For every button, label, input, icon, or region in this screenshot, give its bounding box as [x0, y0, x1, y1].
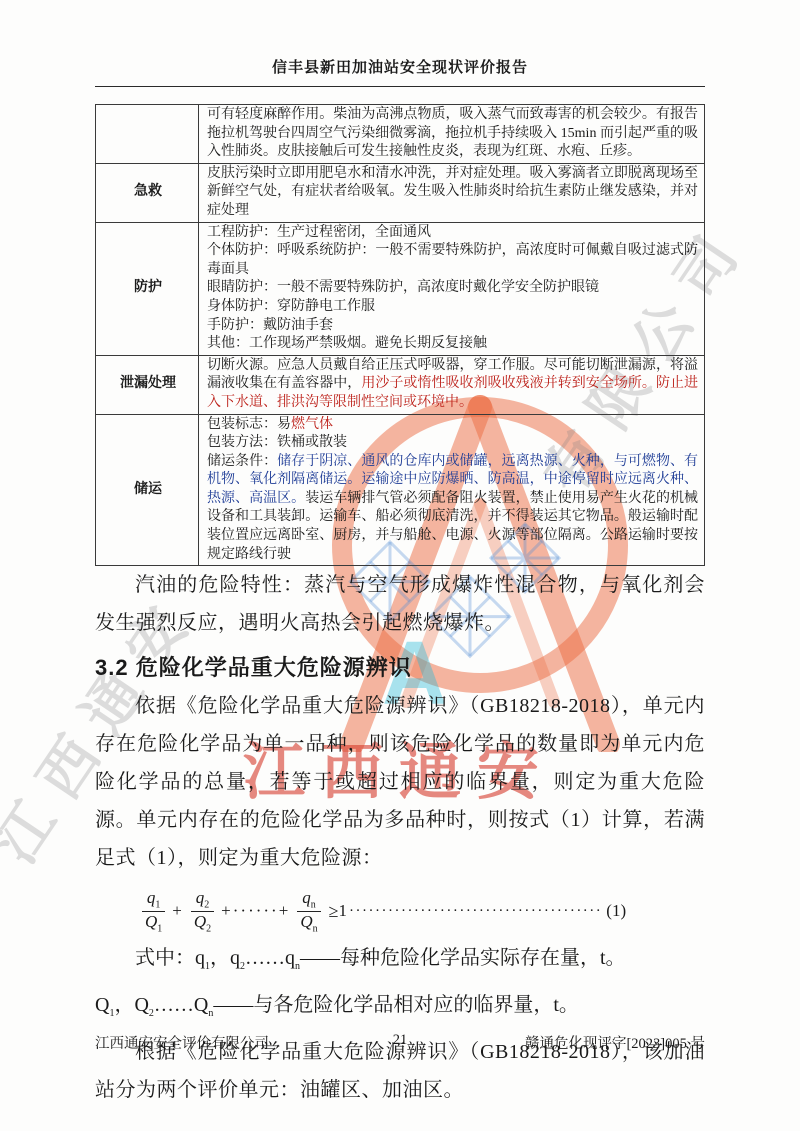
- table-row: 急救皮肤污染时立即用肥皂水和清水冲洗，并对症处理。吸入雾滴者立即脱离现场至新鲜空…: [96, 163, 705, 222]
- table-row: 储运包装标志：易燃气体 包装方法：铁桶或散装 储运条件：储存于阴凉、通风的仓库内…: [96, 414, 705, 566]
- document-page: A 江西通安 江西通安 有限公司 信丰县新田加油站安全现状评价报告 可有轻度麻醉…: [0, 0, 800, 1131]
- geq-symbol: ≥: [329, 901, 339, 922]
- formula-explanation-line-2: Q1，Q2……Qn——与各危险化学品相对应的临界量，t。: [95, 986, 705, 1033]
- footer-page-number: 21: [393, 1032, 408, 1049]
- row-label: 泄漏处理: [96, 355, 199, 414]
- ellipsis-plus-operator: +······+: [221, 901, 290, 921]
- table-row: 泄漏处理切断火源。应急人员戴自给正压式呼吸器，穿工作服。尽可能切断泄漏源，将溢漏…: [96, 355, 705, 414]
- page-header-title: 信丰县新田加油站安全现状评价报告: [95, 56, 705, 77]
- footer-company-name: 江西通安安全评价有限公司: [95, 1032, 269, 1053]
- row-content: 包装标志：易燃气体 包装方法：铁桶或散装 储运条件：储存于阴凉、通风的仓库内或储…: [199, 414, 705, 566]
- fraction-term-2: q2 Q2: [191, 888, 214, 935]
- formula-explanation-line-1: 式中：q1，q2……qn——每种危险化学品实际存在量，t。: [95, 939, 705, 986]
- text-segment: 皮肤污染时立即用肥皂水和清水冲洗，并对症处理。吸入雾滴者立即脱离现场至新鲜空气处…: [207, 166, 698, 218]
- paragraph-gasoline-hazard: 汽油的危险特性：蒸汽与空气形成爆炸性混合物，与氧化剂会发生强烈反应，遇明火高热会…: [95, 566, 705, 642]
- msds-table: 可有轻度麻醉作用。柴油为高沸点物质，吸入蒸气而致毒害的机会较少。有报告拖拉机驾驶…: [95, 104, 705, 566]
- fraction-term-n: qn Qn: [297, 888, 320, 935]
- header-rule: [95, 86, 705, 87]
- footer-document-number: 赣通危化现评字[2023]005 号: [525, 1032, 705, 1053]
- page-footer: 江西通安安全评价有限公司 21 赣通危化现评字[2023]005 号: [95, 1032, 705, 1053]
- table-row: 可有轻度麻醉作用。柴油为高沸点物质，吸入蒸气而致毒害的机会较少。有报告拖拉机驾驶…: [96, 105, 705, 164]
- fraction-term-1: q1 Q1: [142, 888, 165, 935]
- text-segment: 工程防护：生产过程密闭，全面通风 个体防护：呼吸系统防护：一般不需要特殊防护，高…: [207, 225, 698, 352]
- threshold-value: 1: [338, 901, 347, 921]
- text-segment: 可有轻度麻醉作用。柴油为高沸点物质，吸入蒸气而致毒害的机会较少。有报告拖拉机驾驶…: [207, 107, 698, 159]
- row-content: 可有轻度麻醉作用。柴油为高沸点物质，吸入蒸气而致毒害的机会较少。有报告拖拉机驾驶…: [199, 105, 705, 164]
- row-label: 急救: [96, 163, 199, 222]
- row-content: 切断火源。应急人员戴自给正压式呼吸器，穿工作服。尽可能切断泄漏源，将溢漏液收集在…: [199, 355, 705, 414]
- dot-leader: ·······································: [349, 903, 602, 920]
- row-label: 储运: [96, 414, 199, 566]
- plus-operator: +: [172, 901, 184, 921]
- row-label: 防护: [96, 222, 199, 355]
- page-content: 信丰县新田加油站安全现状评价报告 可有轻度麻醉作用。柴油为高沸点物质，吸入蒸气而…: [0, 0, 800, 1131]
- paragraph-identification-basis: 依据《危险化学品重大危险源辨识》（GB18218-2018），单元内存在危险化学…: [95, 687, 705, 877]
- row-label: [96, 105, 199, 164]
- section-heading-3-2: 3.2 危险化学品重大危险源辨识: [95, 651, 705, 682]
- row-content: 皮肤污染时立即用肥皂水和清水冲洗，并对症处理。吸入雾滴者立即脱离现场至新鲜空气处…: [199, 163, 705, 222]
- equation-number: (1): [606, 901, 626, 921]
- text-segment: 包装标志：易: [207, 417, 291, 432]
- table-row: 防护工程防护：生产过程密闭，全面通风 个体防护：呼吸系统防护：一般不需要特殊防护…: [96, 222, 705, 355]
- row-content: 工程防护：生产过程密闭，全面通风 个体防护：呼吸系统防护：一般不需要特殊防护，高…: [199, 222, 705, 355]
- formula-equation-1: q1 Q1 + q2 Q2 +······+ qn Qn ≥ 1 ·······…: [140, 887, 705, 935]
- text-segment: 燃气体: [291, 417, 333, 432]
